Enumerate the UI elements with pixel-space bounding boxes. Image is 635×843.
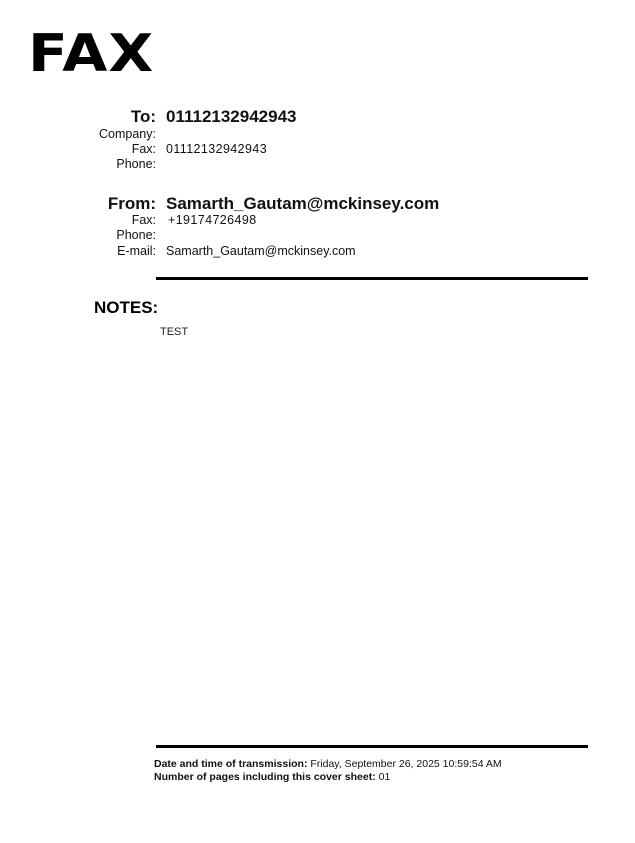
notes-body: TEST <box>160 326 188 338</box>
from-fax-value: +19174726498 <box>168 213 257 227</box>
to-value: 01112132942943 <box>166 107 297 127</box>
to-label: To: <box>131 107 156 127</box>
to-company-label: Company: <box>99 127 156 141</box>
from-value: Samarth_Gautam@mckinsey.com <box>166 194 439 214</box>
notes-heading: NOTES: <box>94 298 158 318</box>
datetime-value: Friday, September 26, 2025 10:59:54 AM <box>310 758 501 770</box>
transmission-datetime: Date and time of transmission: Friday, S… <box>154 758 502 770</box>
to-phone-label: Phone: <box>116 157 156 171</box>
pages-label: Number of pages including this cover she… <box>154 771 376 783</box>
from-fax-label: Fax: <box>132 213 156 227</box>
from-label: From: <box>108 194 156 214</box>
top-divider <box>156 277 588 280</box>
to-fax-label: Fax: <box>132 142 156 156</box>
page-count: Number of pages including this cover she… <box>154 771 390 783</box>
from-phone-label: Phone: <box>116 228 156 242</box>
to-fax-value: 01112132942943 <box>166 142 267 156</box>
bottom-divider <box>156 745 588 748</box>
from-email-value: Samarth_Gautam@mckinsey.com <box>166 244 356 258</box>
datetime-label: Date and time of transmission: <box>154 758 307 770</box>
fax-title: FAX <box>28 24 154 84</box>
pages-value: 01 <box>379 771 391 783</box>
from-email-label: E-mail: <box>117 244 156 258</box>
